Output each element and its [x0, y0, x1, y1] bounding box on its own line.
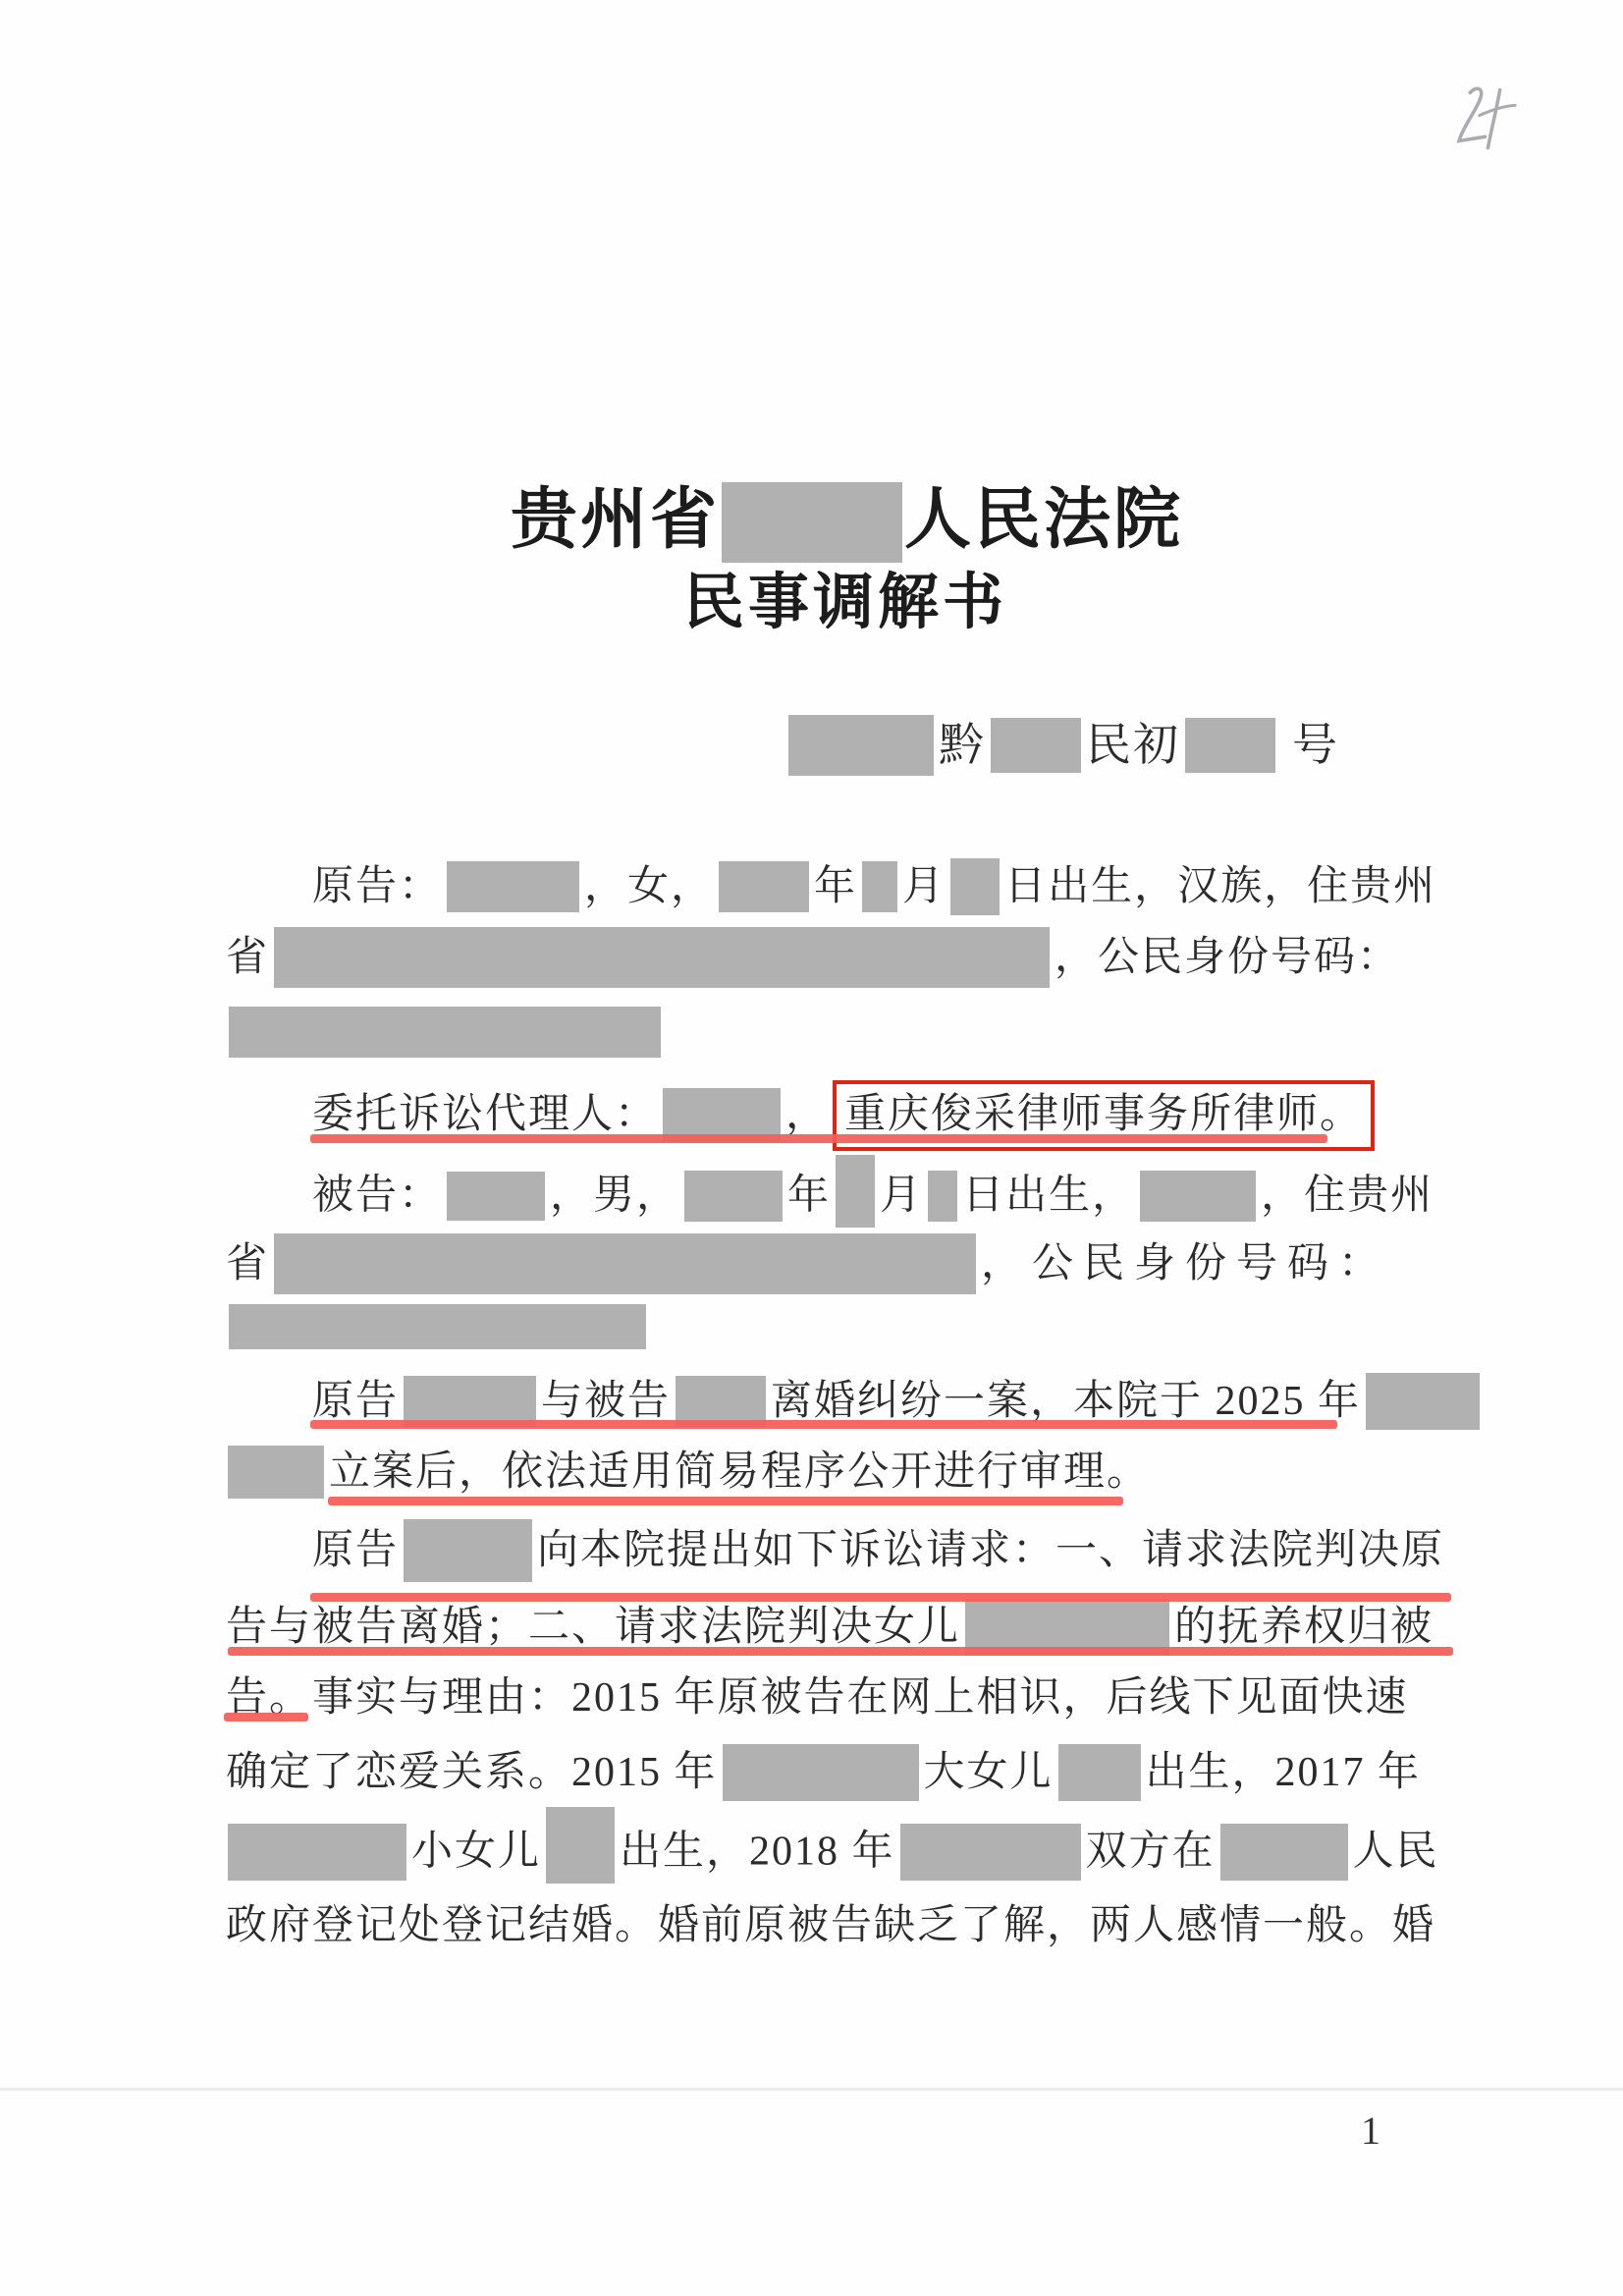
red-underline-claims-2: [228, 1647, 1453, 1656]
red-underline-agent: [310, 1134, 1327, 1143]
claims-line-3: 告。事实与理由：2015 年原被告在网上相识，后线下见面快速: [226, 1667, 1483, 1728]
redaction-box: [836, 1155, 875, 1228]
law-firm-text: 重庆俊采律师事务所律师。: [844, 1092, 1363, 1137]
court-title-province: 贵州省: [511, 482, 720, 557]
case-intro-line-2: 立案后，依法适用简易程序公开进行审理。: [226, 1442, 1483, 1503]
redaction-box: [546, 1807, 615, 1884]
redaction-box: [1220, 1824, 1348, 1881]
redaction-box: [229, 1304, 646, 1349]
redaction-box: [1058, 1744, 1141, 1801]
defendant-line-1: 被告：，男，年月日出生，，住贵州: [226, 1163, 1569, 1235]
claims-line-4: 确定了恋爱关系。2015 年大女儿出生，2017 年: [226, 1742, 1483, 1804]
redaction-box: [950, 858, 1000, 915]
redaction-box: [447, 1172, 545, 1221]
redaction-box: [229, 1007, 661, 1058]
case-number-seg: 号: [1292, 713, 1339, 778]
scanned-court-document-page: 贵州省人民法院 民事调解书 黔 民初 号 原告：，女，年月日出生，汉族，住贵州 …: [0, 0, 1623, 2296]
redaction-box: [862, 861, 897, 912]
claims-line-5: 小女儿出生，2018 年双方在人民: [226, 1817, 1483, 1893]
red-underline-claims-1: [310, 1593, 1451, 1602]
redaction-box: [900, 1824, 1081, 1881]
redaction-box: [722, 482, 902, 563]
scan-artifact-line: [0, 2088, 1623, 2091]
redaction-box: [447, 861, 579, 912]
red-underline-intro-1: [310, 1420, 1337, 1429]
redaction-box: [228, 1824, 406, 1881]
case-number-seg: 黔: [939, 713, 986, 778]
redaction-box: [274, 1233, 976, 1294]
redaction-box: [719, 861, 809, 912]
redaction-box: [788, 715, 934, 776]
claims-line-6: 政府登记处登记结婚。婚前原被告缺乏了解，两人感情一般。婚: [226, 1895, 1483, 1956]
claims-line-1: 原告向本院提出如下诉讼请求：一、请求法院判决原: [226, 1520, 1569, 1585]
redaction-box: [404, 1519, 532, 1582]
page-number: 1: [1361, 2107, 1380, 2154]
red-underline-intro-2: [328, 1497, 1123, 1505]
red-underline-claims-3: [224, 1713, 308, 1722]
handwritten-mark: [1447, 80, 1520, 167]
redaction-box: [228, 1446, 324, 1499]
court-title-line: 贵州省人民法院: [511, 477, 1183, 567]
case-number-seg: 民初: [1086, 713, 1180, 778]
defendant-line-2: 省，公民身份号码：: [226, 1233, 1483, 1297]
redaction-box: [1140, 1171, 1256, 1222]
plaintiff-line-2: 省，公民身份号码：: [226, 927, 1483, 991]
redaction-box: [723, 1744, 919, 1801]
plaintiff-line-1: 原告：，女，年月日出生，汉族，住贵州: [226, 856, 1569, 918]
defendant-line-3: [226, 1296, 1483, 1357]
redaction-box: [274, 927, 1050, 988]
case-number-line: 黔 民初 号: [784, 713, 1339, 778]
redaction-box: [1366, 1373, 1480, 1430]
court-title-suffix: 人民法院: [904, 482, 1183, 557]
redaction-box: [928, 1171, 957, 1222]
redaction-box: [991, 718, 1081, 773]
plaintiff-line-3: [226, 1002, 1483, 1063]
redaction-box: [1185, 718, 1275, 773]
redaction-box: [684, 1171, 783, 1222]
document-type-title: 民事调解书: [683, 564, 1007, 642]
